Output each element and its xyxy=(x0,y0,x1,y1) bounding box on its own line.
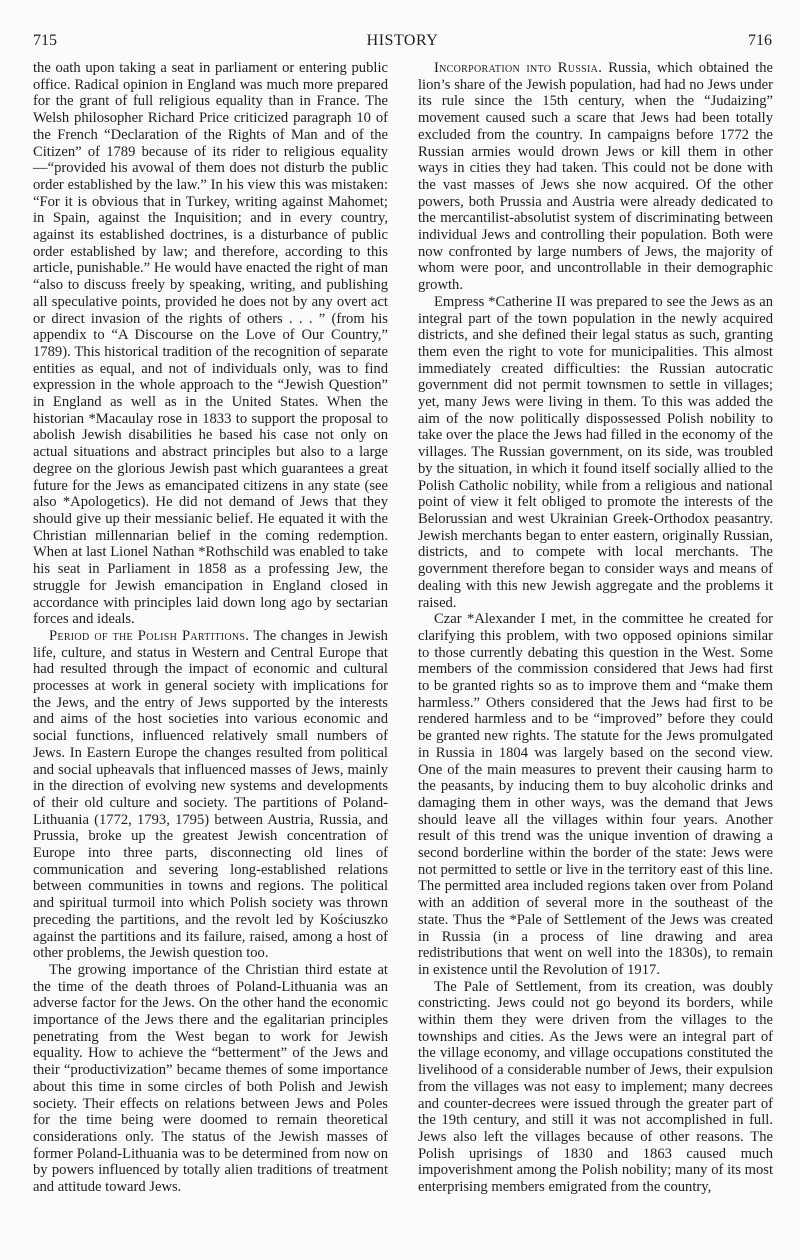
right-column: Incorporation into Russia. Russia, which… xyxy=(418,60,773,1196)
paragraph-text: Czar *Alexander I met, in the committee … xyxy=(418,611,773,978)
paragraph-text: The Pale of Settlement, from its creatio… xyxy=(418,979,773,1195)
paragraph-text: Empress *Catherine II was prepared to se… xyxy=(418,294,773,611)
paragraph: Czar *Alexander I met, in the committee … xyxy=(418,611,773,978)
paragraph: The Pale of Settlement, from its creatio… xyxy=(418,979,773,1196)
paragraph: Period of the Polish Partitions. The cha… xyxy=(33,628,388,962)
paragraph: the oath upon taking a seat in parliamen… xyxy=(33,60,388,628)
section-heading: Period of the Polish Partitions. xyxy=(49,628,249,644)
left-column: the oath upon taking a seat in parliamen… xyxy=(33,60,388,1196)
page-header: 715 HISTORY 716 xyxy=(33,30,772,52)
paragraph-text: the oath upon taking a seat in parliamen… xyxy=(33,60,388,627)
section-heading: Incorporation into Russia. xyxy=(434,60,602,76)
paragraph-text: The growing importance of the Christian … xyxy=(33,962,388,1195)
paragraph: Incorporation into Russia. Russia, which… xyxy=(418,60,773,294)
paragraph-text: The changes in Jewish life, culture, and… xyxy=(33,628,388,961)
paragraph-text: Russia, which obtained the lion’s share … xyxy=(418,60,773,293)
paragraph: The growing importance of the Christian … xyxy=(33,962,388,1196)
running-head-title: HISTORY xyxy=(33,30,772,52)
paragraph: Empress *Catherine II was prepared to se… xyxy=(418,294,773,611)
page-number-right: 716 xyxy=(748,30,772,52)
